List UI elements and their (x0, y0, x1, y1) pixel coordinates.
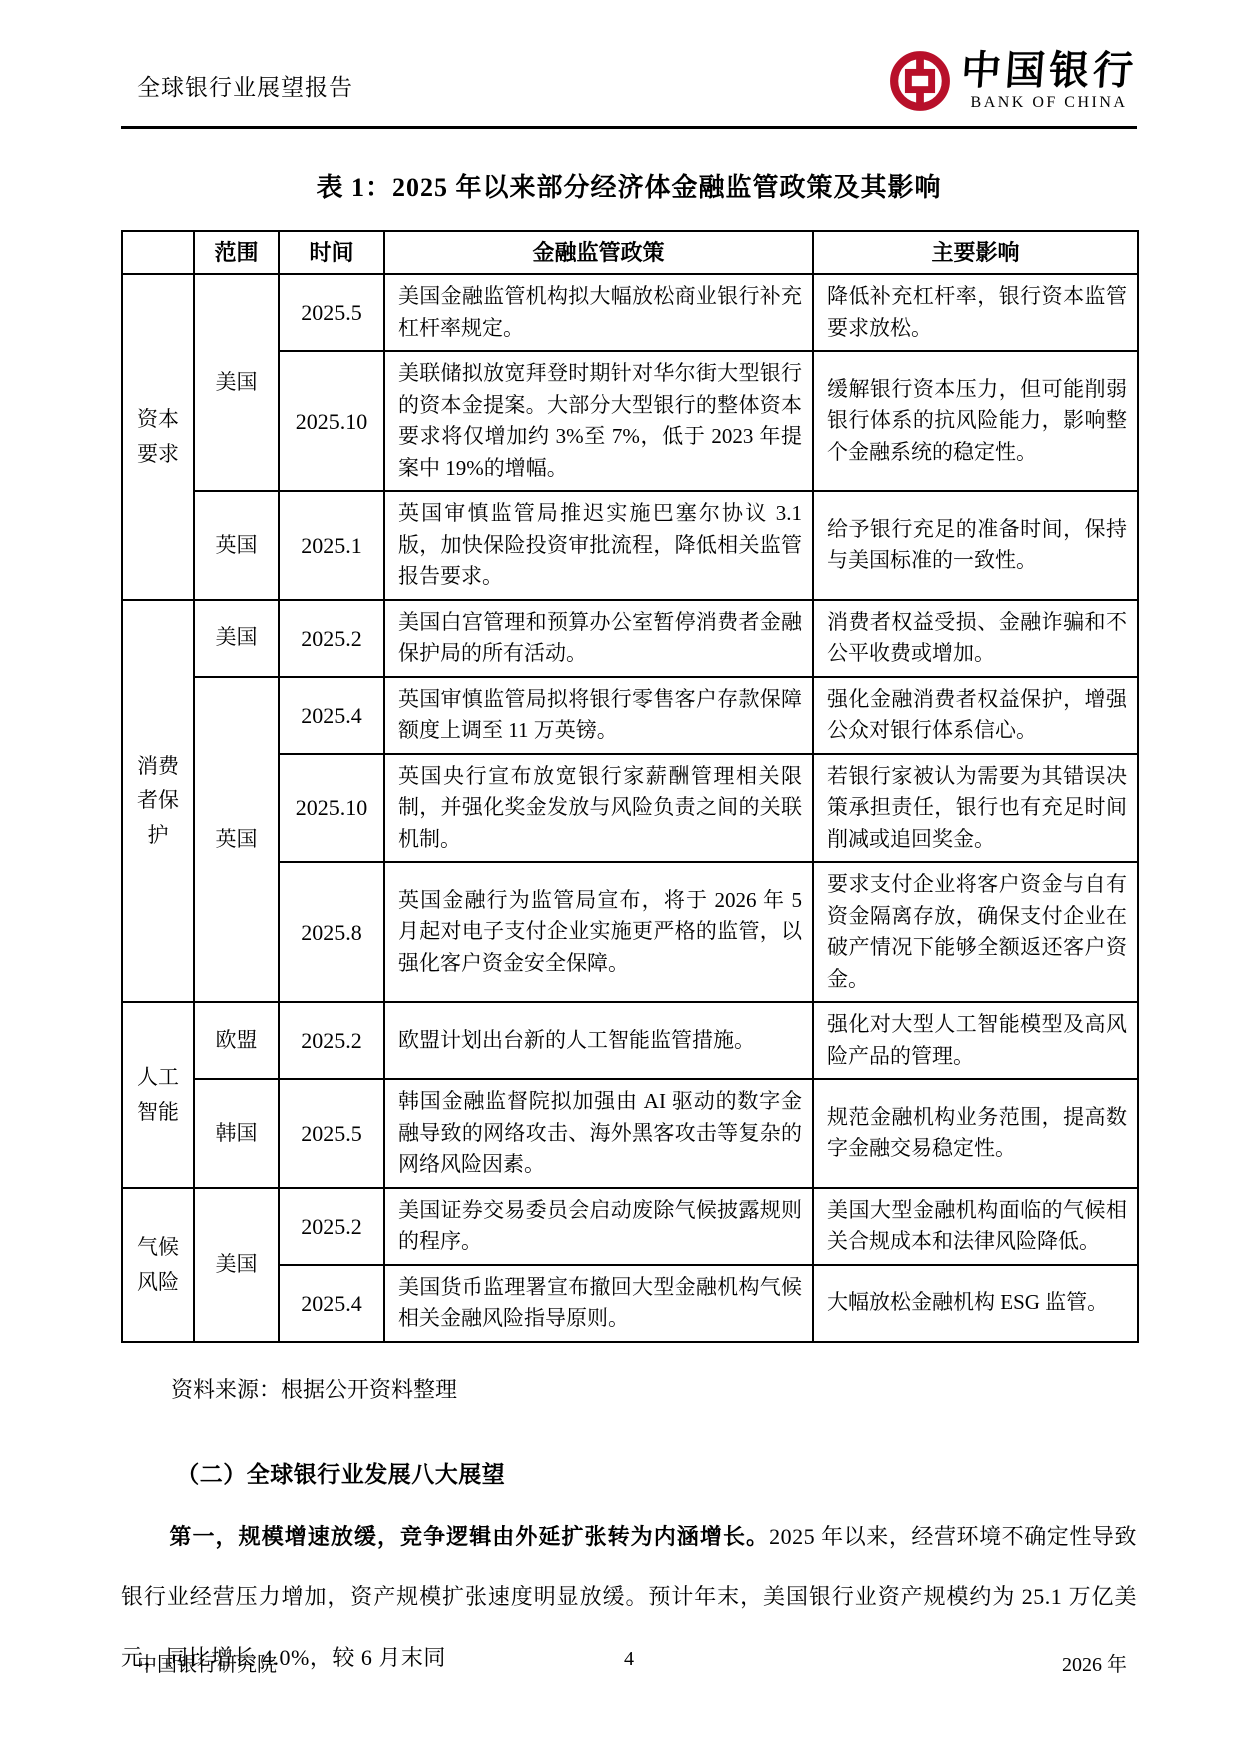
impact-cell: 给予银行充足的准备时间，保持与美国标准的一致性。 (813, 491, 1138, 600)
impact-cell: 美国大型金融机构面临的气候相关合规成本和法律风险降低。 (813, 1188, 1138, 1265)
time-cell: 2025.1 (279, 491, 384, 600)
boc-emblem-icon (889, 50, 951, 112)
policy-cell: 英国金融行为监管局宣布，将于 2026 年 5 月起对电子支付企业实施更严格的监… (384, 862, 813, 1002)
category-cell: 气候风险 (122, 1188, 194, 1342)
impact-cell: 规范金融机构业务范围，提高数字金融交易稳定性。 (813, 1079, 1138, 1188)
table-head: 范围时间金融监管政策主要影响 (122, 231, 1138, 274)
scope-cell: 英国 (194, 677, 279, 1003)
table-row: 人工智能欧盟2025.2欧盟计划出台新的人工智能监管措施。强化对大型人工智能模型… (122, 1002, 1138, 1079)
policy-cell: 英国央行宣布放宽银行家薪酬管理相关限制，并强化奖金发放与风险负责之间的关联机制。 (384, 754, 813, 863)
logo-english-name: BANK OF CHINA (971, 95, 1128, 111)
column-header-1: 范围 (194, 231, 279, 274)
scope-cell: 美国 (194, 1188, 279, 1342)
scope-cell: 韩国 (194, 1079, 279, 1188)
page-header: 全球银行业展望报告 中国银行 BANK OF CHINA (121, 0, 1137, 116)
policy-cell: 韩国金融监督院拟加强由 AI 驱动的数字金融导致的网络攻击、海外黑客攻击等复杂的… (384, 1079, 813, 1188)
report-title: 全球银行业展望报告 (137, 69, 353, 102)
time-cell: 2025.2 (279, 1188, 384, 1265)
table-title: 表 1：2025 年以来部分经济体金融监管政策及其影响 (121, 167, 1137, 204)
table-row: 消费者保护美国2025.2美国白宫管理和预算办公室暂停消费者金融保护局的所有活动… (122, 600, 1138, 677)
time-cell: 2025.10 (279, 754, 384, 863)
time-cell: 2025.4 (279, 1265, 384, 1342)
time-cell: 2025.5 (279, 1079, 384, 1188)
table-header-row: 范围时间金融监管政策主要影响 (122, 231, 1138, 274)
source-note: 资料来源：根据公开资料整理 (121, 1373, 1137, 1404)
category-cell: 资本要求 (122, 274, 194, 600)
time-cell: 2025.8 (279, 862, 384, 1002)
impact-cell: 若银行家被认为需要为其错误决策承担责任，银行也有充足时间削减或追回奖金。 (813, 754, 1138, 863)
logo-text: 中国银行 BANK OF CHINA (961, 51, 1137, 111)
table-row: 资本要求美国2025.5美国金融监管机构拟大幅放松商业银行补充杠杆率规定。降低补… (122, 274, 1138, 351)
column-header-0 (122, 231, 194, 274)
policy-cell: 英国审慎监管局拟将银行零售客户存款保障额度上调至 11 万英镑。 (384, 677, 813, 754)
regulation-policy-table: 范围时间金融监管政策主要影响 资本要求美国2025.5美国金融监管机构拟大幅放松… (121, 230, 1139, 1343)
logo-chinese-name: 中国银行 (960, 51, 1139, 91)
bank-of-china-logo: 中国银行 BANK OF CHINA (889, 50, 1137, 112)
impact-cell: 大幅放松金融机构 ESG 监管。 (813, 1265, 1138, 1342)
category-cell: 人工智能 (122, 1002, 194, 1188)
policy-cell: 美国证券交易委员会启动废除气候披露规则的程序。 (384, 1188, 813, 1265)
paragraph-lead-bold: 第一，规模增速放缓，竞争逻辑由外延扩张转为内涵增长。 (169, 1524, 769, 1549)
impact-cell: 强化对大型人工智能模型及高风险产品的管理。 (813, 1002, 1138, 1079)
time-cell: 2025.2 (279, 1002, 384, 1079)
section-heading: （二）全球银行业发展八大展望 (121, 1456, 1137, 1489)
column-header-4: 主要影响 (813, 231, 1138, 274)
report-page: 全球银行业展望报告 中国银行 BANK OF CHINA 表 1：2025 年以… (0, 0, 1240, 1754)
impact-cell: 消费者权益受损、金融诈骗和不公平收费或增加。 (813, 600, 1138, 677)
scope-cell: 英国 (194, 491, 279, 600)
table-row: 韩国2025.5韩国金融监督院拟加强由 AI 驱动的数字金融导致的网络攻击、海外… (122, 1079, 1138, 1188)
time-cell: 2025.2 (279, 600, 384, 677)
page-number: 4 (624, 1648, 634, 1671)
policy-cell: 美联储拟放宽拜登时期针对华尔街大型银行的资本金提案。大部分大型银行的整体资本要求… (384, 351, 813, 491)
policy-cell: 欧盟计划出台新的人工智能监管措施。 (384, 1002, 813, 1079)
policy-cell: 美国白宫管理和预算办公室暂停消费者金融保护局的所有活动。 (384, 600, 813, 677)
time-cell: 2025.4 (279, 677, 384, 754)
footer-year: 2026 年 (1062, 1648, 1127, 1677)
impact-cell: 要求支付企业将客户资金与自有资金隔离存放，确保支付企业在破产情况下能够全额返还客… (813, 862, 1138, 1002)
time-cell: 2025.5 (279, 274, 384, 351)
time-cell: 2025.10 (279, 351, 384, 491)
column-header-2: 时间 (279, 231, 384, 274)
scope-cell: 美国 (194, 274, 279, 491)
column-header-3: 金融监管政策 (384, 231, 813, 274)
impact-cell: 缓解银行资本压力，但可能削弱银行体系的抗风险能力，影响整个金融系统的稳定性。 (813, 351, 1138, 491)
policy-cell: 美国货币监理署宣布撤回大型金融机构气候相关金融风险指导原则。 (384, 1265, 813, 1342)
policy-cell: 英国审慎监管局推迟实施巴塞尔协议 3.1 版，加快保险投资审批流程，降低相关监管… (384, 491, 813, 600)
table-row: 英国2025.4英国审慎监管局拟将银行零售客户存款保障额度上调至 11 万英镑。… (122, 677, 1138, 754)
policy-cell: 美国金融监管机构拟大幅放松商业银行补充杠杆率规定。 (384, 274, 813, 351)
table-body: 资本要求美国2025.5美国金融监管机构拟大幅放松商业银行补充杠杆率规定。降低补… (122, 274, 1138, 1342)
table-row: 气候风险美国2025.2美国证券交易委员会启动废除气候披露规则的程序。美国大型金… (122, 1188, 1138, 1265)
scope-cell: 美国 (194, 600, 279, 677)
impact-cell: 降低补充杠杆率，银行资本监管要求放松。 (813, 274, 1138, 351)
table-row: 英国2025.1英国审慎监管局推迟实施巴塞尔协议 3.1 版，加快保险投资审批流… (122, 491, 1138, 600)
scope-cell: 欧盟 (194, 1002, 279, 1079)
category-cell: 消费者保护 (122, 600, 194, 1003)
header-rule (121, 126, 1137, 129)
footer-institute: 中国银行研究院 (137, 1648, 277, 1677)
impact-cell: 强化金融消费者权益保护，增强公众对银行体系信心。 (813, 677, 1138, 754)
